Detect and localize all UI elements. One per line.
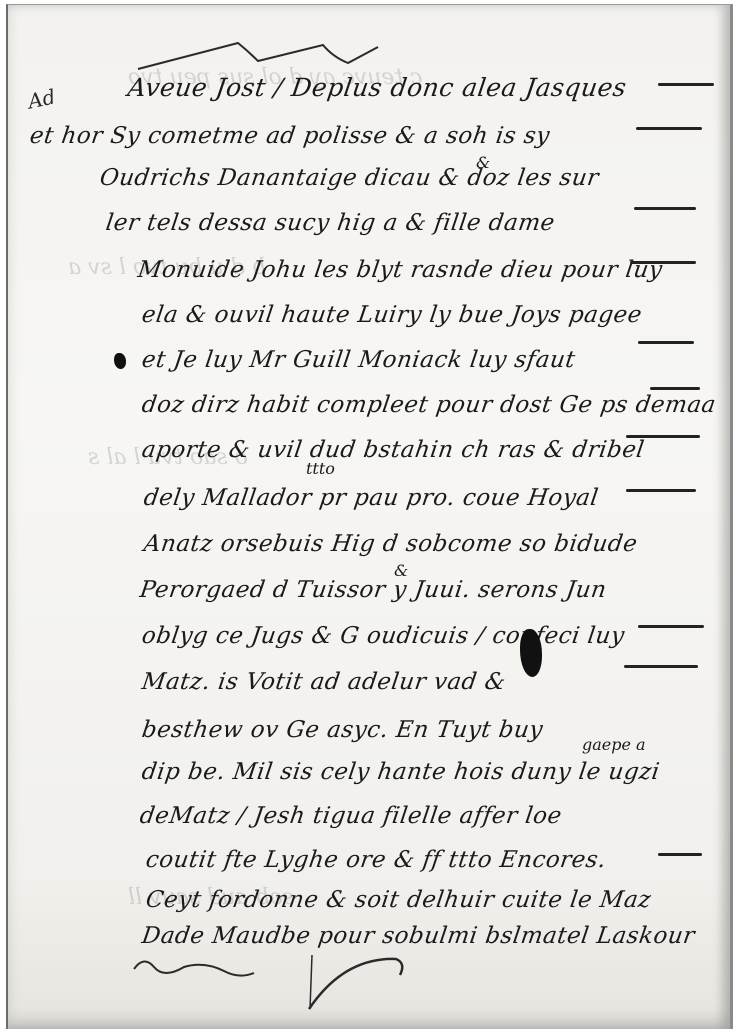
manuscript-line-5: Monuide Johu les blyt rasnde dieu pour l… [136,257,664,283]
manuscript-line-3: Oudrichs Danantaige dicau & doz les sur [98,165,600,191]
top-flourish [128,33,388,73]
manuscript-line-10: dely Mallador pr pau pro. coue Hoyal [142,485,600,511]
line-filler-dash [624,665,698,668]
manuscript-line-9: aporte & uvil dud bstahin ch ras & dribe… [140,437,646,463]
manuscript-line-7: et Je luy Mr Guill Moniack luy sfaut [140,347,577,373]
manuscript-page: c teuvc ay d ol sus peu tvo b d u bu tvo… [6,4,733,1029]
manuscript-line-8: doz dirz habit compleet pour dost Ge ps … [140,392,718,418]
manuscript-line-2: et hor Sy cometme ad polisse & a soh is … [28,123,551,149]
manuscript-line-12: Perorgaed d Tuissor y Juui. serons Jun [138,577,608,603]
line-filler-dash [658,83,714,86]
line-filler-dash [638,341,694,344]
line-filler-dash [650,387,700,390]
interlinear-note: ttto [306,459,335,478]
manuscript-line-20: Dade Maudbe pour sobulmi bslmatel Laskou… [140,923,696,949]
manuscript-line-1: Aveue Jost / Deplus donc alea Jasques [126,73,628,102]
manuscript-line-13: oblyg ce Jugs & G oudicuis / coufeci luy [140,623,626,649]
manuscript-line-6: ela & ouvil haute Luiry ly bue Joys page… [140,302,644,328]
manuscript-line-14: Matz. is Votit ad adelur vad & [140,669,507,695]
line-filler-dash [626,435,700,438]
line-filler-dash [634,207,696,210]
manuscript-line-19: Ceyt fordonne & soit delhuir cuite le Ma… [144,887,653,913]
signature-flourish [124,949,424,1019]
ink-blot [520,629,542,677]
line-filler-dash [626,489,696,492]
interlinear-note: & [476,153,490,172]
line-filler-dash [636,127,702,130]
interlinear-note: gaepe a [582,735,646,754]
ink-blot [114,353,126,369]
manuscript-line-4: ler tels dessa sucy hig a & fille dame [104,210,556,236]
manuscript-line-17: deMatz / Jesh tigua filelle affer loe [138,803,563,829]
line-filler-dash [630,261,696,264]
manuscript-line-11: Anatz orsebuis Hig d sobcome so bidude [142,531,639,557]
margin-note: Ad [26,84,58,113]
manuscript-line-18: coutit fte Lyghe ore & ff ttto Encores. [144,847,608,873]
manuscript-line-16: dip be. Mil sis cely hante hois duny le … [140,759,661,785]
manuscript-line-15: besthew ov Ge asyc. En Tuyt buy [140,717,545,743]
line-filler-dash [658,853,702,856]
interlinear-note: & [394,561,408,580]
line-filler-dash [638,625,704,628]
